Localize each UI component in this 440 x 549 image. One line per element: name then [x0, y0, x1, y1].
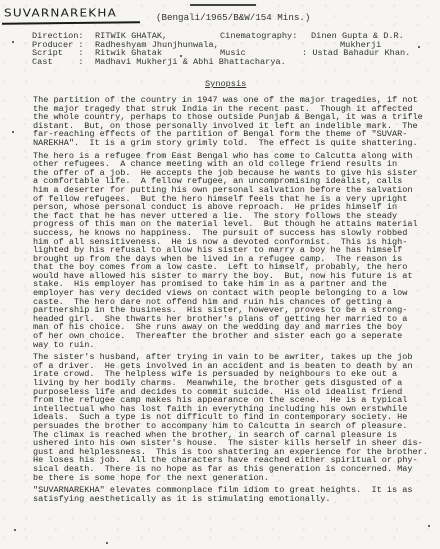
- top-rule-divider: [190, 4, 256, 6]
- cast-value: Madhavi Mukherji & Abhi Bhattacharya.: [95, 57, 286, 67]
- text-line: satisfying aesthetically as it is stimul…: [33, 495, 433, 504]
- scan-speck: [14, 529, 16, 531]
- paragraph-2: The hero is a refugee from East Bengal w…: [33, 152, 433, 350]
- scan-speck: [12, 41, 14, 43]
- music-value: : Ustad Bahadur Khan.: [302, 48, 410, 58]
- text-line: NAREKHA". It is a grim story grimly told…: [33, 139, 433, 148]
- paragraph-1: The partition of the country in 1947 was…: [33, 96, 433, 148]
- film-subtitle: (Bengali/1965/B&W/154 Mins.): [156, 12, 310, 23]
- text-line: be there is some hope for the next gener…: [33, 474, 433, 483]
- scan-speck: [428, 525, 430, 527]
- film-title-handwritten: SUVARNAREKHA: [4, 7, 117, 20]
- title-underline: [2, 21, 140, 24]
- cinematography-label: Cinematography:: [220, 31, 297, 41]
- text-line: way to ruin.: [33, 341, 433, 350]
- document-page: SUVARNAREKHA (Bengali/1965/B&W/154 Mins.…: [0, 0, 440, 549]
- synopsis-heading: Synopsis: [205, 79, 246, 89]
- scan-speck: [418, 46, 420, 48]
- paragraph-4: "SUVARNAREKHA" elevates commonplace film…: [33, 486, 433, 503]
- scan-speck: [180, 55, 182, 57]
- scan-speck: [106, 542, 108, 544]
- paragraph-3: The sister's husband, after trying in va…: [33, 353, 433, 482]
- synopsis-body: The partition of the country in 1947 was…: [33, 96, 433, 507]
- music-label: Music: [220, 48, 246, 58]
- scan-speck: [12, 131, 14, 133]
- cast-label: Cast :: [32, 57, 84, 67]
